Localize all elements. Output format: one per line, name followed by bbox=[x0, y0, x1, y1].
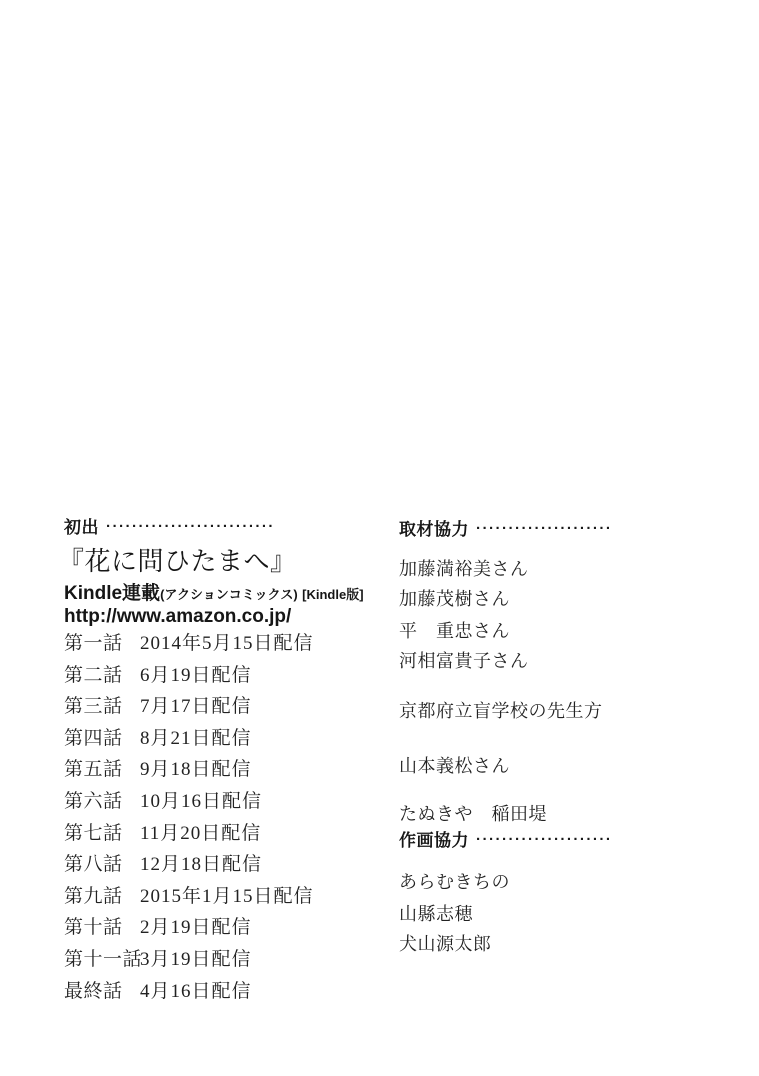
credit-name: 河相富貴子さん bbox=[399, 650, 729, 672]
episode-label: 第一話 bbox=[64, 628, 140, 660]
episode-label: 最終話 bbox=[64, 976, 140, 1008]
credit-name: 加藤茂樹さん bbox=[399, 588, 729, 610]
credit-name: 山縣志穂 bbox=[399, 903, 729, 925]
episode-date: 4月16日配信 bbox=[140, 976, 252, 1008]
episode-label: 第六話 bbox=[64, 786, 140, 818]
credit-name: たぬきや 稲田堤 bbox=[399, 803, 729, 825]
credit-name: 京都府立盲学校の先生方 bbox=[399, 700, 729, 722]
research-credits-heading: 取材協力····················· bbox=[399, 520, 729, 541]
episode-row: 最終話 4月16日配信 bbox=[64, 976, 399, 1008]
episode-row: 第二話 6月19日配信 bbox=[64, 660, 399, 692]
work-title: 『花に問ひたまへ』 bbox=[58, 547, 399, 577]
dotted-leader: ····················· bbox=[476, 520, 612, 537]
episode-row: 第五話 9月18日配信 bbox=[64, 754, 399, 786]
episode-list: 第一話 2014年5月15日配信 第二話 6月19日配信 第三話 7月17日配信… bbox=[64, 628, 399, 1007]
credit-name: あらむきちの bbox=[399, 871, 729, 893]
episode-label: 第三話 bbox=[64, 691, 140, 723]
episode-date: 7月17日配信 bbox=[140, 691, 252, 723]
episode-date: 8月21日配信 bbox=[140, 723, 252, 755]
first-publication-heading: 初出·························· bbox=[64, 518, 399, 539]
credit-name: 平 重忠さん bbox=[399, 620, 729, 642]
episode-date: 2015年1月15日配信 bbox=[140, 881, 314, 913]
kindle-serial-label: Kindle連載 bbox=[64, 583, 160, 604]
kindle-imprint-label: (アクションコミックス) bbox=[160, 587, 298, 602]
episode-row: 第九話 2015年1月15日配信 bbox=[64, 881, 399, 913]
art-credits-heading: 作画協力····················· bbox=[399, 831, 729, 852]
episode-date: 11月20日配信 bbox=[140, 818, 261, 850]
episode-date: 2014年5月15日配信 bbox=[140, 628, 314, 660]
episode-row: 第四話 8月21日配信 bbox=[64, 723, 399, 755]
amazon-url: http://www.amazon.co.jp/ bbox=[64, 606, 399, 628]
episode-label: 第二話 bbox=[64, 660, 140, 692]
episode-label: 第九話 bbox=[64, 881, 140, 913]
first-publication-heading-label: 初出 bbox=[64, 518, 99, 537]
episode-row: 第七話 11月20日配信 bbox=[64, 818, 399, 850]
episode-label: 第十一話 bbox=[64, 944, 140, 976]
credits-section: 取材協力····················· 加藤満裕美さん 加藤茂樹さん… bbox=[399, 514, 729, 955]
dotted-leader: ····················· bbox=[476, 831, 612, 848]
episode-row: 第八話 12月18日配信 bbox=[64, 849, 399, 881]
episode-date: 12月18日配信 bbox=[140, 849, 262, 881]
episode-row: 第六話 10月16日配信 bbox=[64, 786, 399, 818]
episode-date: 10月16日配信 bbox=[140, 786, 262, 818]
episode-date: 6月19日配信 bbox=[140, 660, 252, 692]
dotted-leader: ·························· bbox=[106, 518, 275, 535]
credit-name: 加藤満裕美さん bbox=[399, 558, 729, 580]
episode-date: 9月18日配信 bbox=[140, 754, 252, 786]
credit-name: 山本義松さん bbox=[399, 755, 729, 777]
first-publication-section: 初出·························· 『花に問ひたまへ』 K… bbox=[64, 514, 399, 1007]
episode-row: 第十一話 3月19日配信 bbox=[64, 944, 399, 976]
episode-label: 第七話 bbox=[64, 818, 140, 850]
episode-date: 2月19日配信 bbox=[140, 912, 252, 944]
art-credits-heading-label: 作画協力 bbox=[399, 831, 469, 850]
episode-label: 第四話 bbox=[64, 723, 140, 755]
credit-name: 犬山源太郎 bbox=[399, 933, 729, 955]
episode-row: 第一話 2014年5月15日配信 bbox=[64, 628, 399, 660]
colophon-page: 初出·························· 『花に問ひたまへ』 K… bbox=[0, 0, 759, 1076]
episode-label: 第五話 bbox=[64, 754, 140, 786]
research-credits-heading-label: 取材協力 bbox=[399, 520, 469, 539]
kindle-edition-label: [Kindle版] bbox=[302, 587, 363, 602]
episode-date: 3月19日配信 bbox=[140, 944, 252, 976]
episode-label: 第八話 bbox=[64, 849, 140, 881]
episode-row: 第三話 7月17日配信 bbox=[64, 691, 399, 723]
kindle-serial-line: Kindle連載(アクションコミックス) [Kindle版] bbox=[64, 583, 399, 606]
episode-row: 第十話 2月19日配信 bbox=[64, 912, 399, 944]
episode-label: 第十話 bbox=[64, 912, 140, 944]
